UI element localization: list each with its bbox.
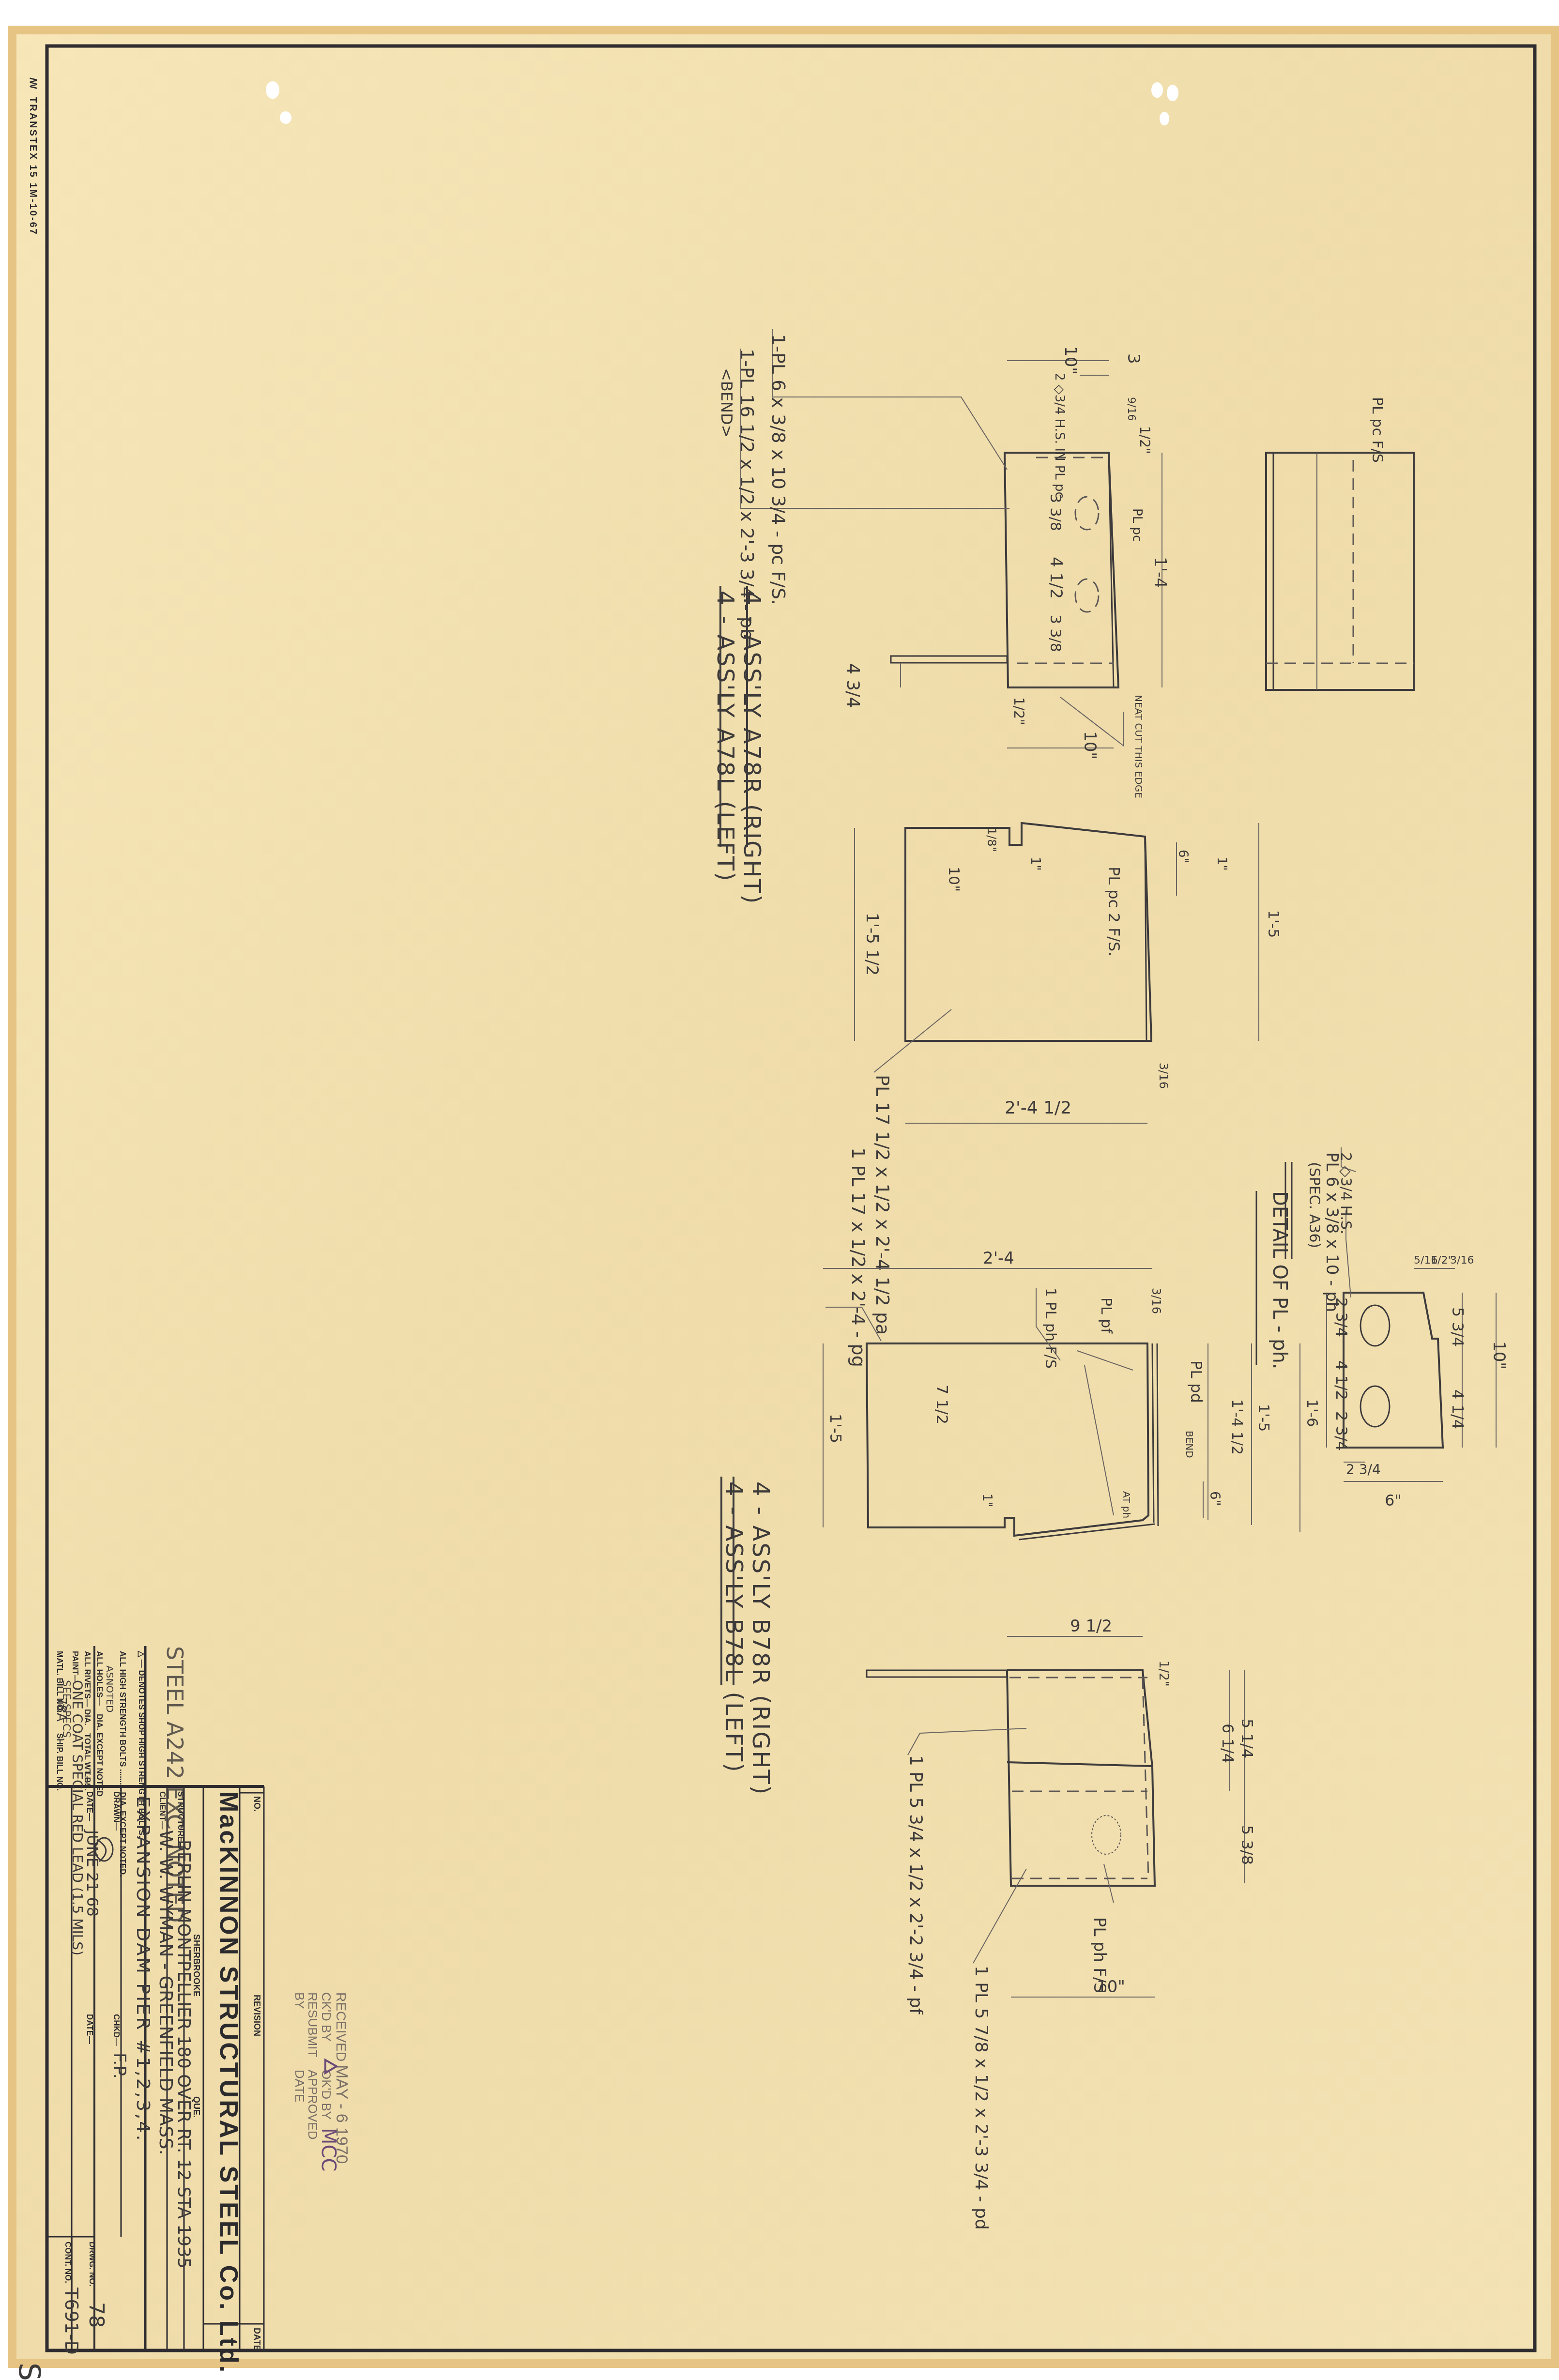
stamp-approved: APPROVED (306, 2070, 320, 2140)
assembly-b-title-right: 4 - ASS'LY B78R (RIGHT) (747, 1481, 774, 1796)
corner-mark: S (12, 2363, 46, 2380)
dim-label: 2'-4 (983, 1249, 1014, 1268)
dim-label: 7 1/2 (933, 1385, 951, 1424)
plate-pc-label: 1-PL 6 x 3/8 x 10 3/4 - pc F/S. (768, 334, 789, 605)
dim-label: 6" (1385, 1491, 1402, 1510)
paint-label: PAINT— (71, 1651, 80, 1683)
revision-header: REVISION (252, 1995, 262, 2036)
revision-no-header: NO. (252, 1796, 262, 1812)
chkd-value: F.P. (109, 2053, 129, 2079)
plate-pf-label: 1 PL 5 3/4 x 1/2 x 2'-2 3/4 - pf (906, 1755, 926, 2015)
dim-label: 4 3/4 (843, 663, 863, 708)
dim-label: 9 1/2 (1070, 1617, 1112, 1636)
dim-label: 3/16 (1450, 1254, 1474, 1266)
plate-pb-note: <BEND> (718, 368, 736, 438)
detail-ph-title: DETAIL OF PL - ph. (1269, 1191, 1291, 1370)
date-label: DATE— (85, 1791, 94, 1821)
cont-no-label: CONT. NO. (63, 2242, 73, 2283)
at-ph-label: AT ph (1121, 1491, 1132, 1518)
dim-label: 1'-5 (826, 1414, 845, 1443)
dim-label: 2'-4 1/2 (1005, 1098, 1071, 1118)
ship-bill-label: SHIP. BILL NO. (55, 1733, 64, 1791)
dim-label: 3 (1124, 353, 1143, 364)
dim-label: 10" (1080, 731, 1100, 760)
assembly-a-title-left: 4 - ASS'LY A78L (LEFT) (712, 591, 739, 883)
stamp-received: RECEIVED (334, 1992, 349, 2061)
holes-value: ASNOTED (104, 1665, 116, 1712)
holes-suffix: DIA. EXCEPT NOTED (95, 1714, 104, 1797)
dim-label: 5 3/8 (1238, 1825, 1256, 1865)
dim-label: 10" (945, 867, 962, 892)
dim-label: 4 1/2 (1332, 1360, 1351, 1400)
revision-date-header: DATE (252, 2328, 262, 2351)
margin-imprint: ꟿ TRANSTEX 15 1M-10-67 (28, 77, 38, 236)
chkd-label: CHKD— (112, 2014, 121, 2046)
dim-label: 4 1/2 (1046, 557, 1066, 599)
plate-pg-label: 1 PL 17 x 1/2 x 2'-4 - pg (848, 1147, 869, 1367)
detail-ph-plate: PL 6 x 3/8 x 10 - ph (1322, 1152, 1342, 1312)
dim-label: 3 3/8 (1047, 615, 1064, 652)
dim-label: 1/2" (1011, 697, 1027, 725)
dim-label: 1" (1028, 857, 1042, 871)
stamp-okd-by: OK'D BY (319, 2070, 334, 2120)
dwg-no-label: DRWG. NO. (88, 2242, 97, 2287)
imprint-logo: ꟿ (28, 77, 38, 89)
drawing-sheet: ꟿ TRANSTEX 15 1M-10-67 MacKINNON STRUCTU… (0, 0, 1559, 2380)
dim-label: 4 1/4 (1449, 1389, 1467, 1429)
assembly-a-title-right: 4 - ASS'LY A78R (RIGHT) (738, 591, 765, 905)
plate-pc2-label: PL pc 2 F/S. (1105, 867, 1123, 957)
bolt-note-a: 2 ◇3/4 H.S. IN PL pc (1052, 373, 1067, 499)
dim-label: 6" (1207, 1491, 1223, 1506)
plate-pa-label: PL 17 1/2 x 1/2 x 2'-4 1/2 pa (872, 1075, 893, 1335)
dim-label: 10" (1097, 1977, 1125, 1997)
pd-label: PL pd (1187, 1360, 1206, 1403)
dim-label: 2 3/4 (1332, 1411, 1351, 1451)
dim-label: 5 3/4 (1449, 1307, 1467, 1347)
pf-label: PL pf (1098, 1297, 1115, 1334)
dim-label: 1" (1214, 857, 1229, 871)
dim-label: 6" (1176, 850, 1190, 864)
dim-label: 3/16 (1149, 1288, 1163, 1314)
neat-cut-note: NEAT CUT THIS EDGE (1133, 695, 1145, 798)
imprint-text: TRANSTEX 15 1M-10-67 (28, 97, 38, 236)
triangle-note: △ — DENOTES SHOP HIGH STRENGTH BOLTS. (137, 1650, 146, 1838)
dim-label: 3/16 (1157, 1063, 1170, 1089)
dim-label: 2 3/4 (1346, 1462, 1381, 1478)
dwg-no-value: 78 (85, 2302, 108, 2328)
dim-label: 1'-6 (1303, 1399, 1320, 1427)
stamp-ckd-by: CK'D BY (319, 1992, 334, 2042)
dim-label: 1/2" (1431, 1254, 1453, 1266)
dim-label: 10" (1061, 346, 1080, 375)
dim-label: 9/16 (1125, 397, 1137, 421)
dim-label: 1'-5 (1265, 910, 1282, 938)
detail-ph-spec: (SPEC. A36) (1306, 1162, 1323, 1248)
dim-label: 1/2" (1137, 426, 1153, 454)
stamp-by: BY (292, 1992, 307, 2009)
weld-pc-label: PL pc (1130, 508, 1144, 542)
stamp-resubmit: RESUBMIT (306, 1992, 320, 2057)
steel-note: STEEL A242 EXC. NOTED. (162, 1646, 188, 1930)
dim-label: 1'-5 (1255, 1404, 1272, 1432)
date2-label: DATE— (85, 2014, 94, 2044)
plate-pd-label: 1 PL 5 7/8 x 1/2 x 2'-3 3/4 - pd (971, 1966, 991, 2230)
dim-label: 1'-5 1/2 (862, 913, 882, 976)
dim-label: 5 1/4 (1238, 1719, 1256, 1758)
dim-label: 1/8" (985, 828, 998, 852)
holes-label: ALL HOLES— (95, 1651, 104, 1706)
dim-label: 6 1/4 (1219, 1724, 1237, 1763)
dim-label: 1" (979, 1494, 994, 1508)
assembly-b-title-left: 4 - ASS'LY B78L (LEFT) (720, 1481, 748, 1773)
dim-label: 1/2" (1156, 1661, 1171, 1687)
dim-label: 1'-4 1/2 (1228, 1399, 1245, 1455)
description-value: EXPANSION DAM PIER #1,2,3,4. (133, 1796, 154, 2143)
hs-bolts-note: ALL HIGH STRENGTH BOLTS ..........DIA. E… (118, 1651, 127, 1877)
dim-label: 1'-4 (1150, 557, 1170, 588)
bend-label: BEND (1184, 1431, 1195, 1458)
company-name: MacKINNON STRUCTURAL STEEL Co. Ltd. (214, 1791, 243, 2374)
stamp-date-label: DATE (292, 2070, 307, 2102)
dim-label: 10" (1489, 1341, 1509, 1370)
date-value: JUNE 21 68 (83, 1829, 102, 1917)
dim-label: 2 3/4 (1332, 1297, 1351, 1337)
side-view-label: PL pc F/S (1369, 397, 1386, 463)
ph-label: 1 PL ph F/S (1042, 1288, 1059, 1369)
cont-no-value: T691-D (61, 2287, 82, 2355)
matl-bill-value: 78A (54, 1697, 68, 1722)
dim-label: 3 3/8 (1047, 494, 1064, 531)
